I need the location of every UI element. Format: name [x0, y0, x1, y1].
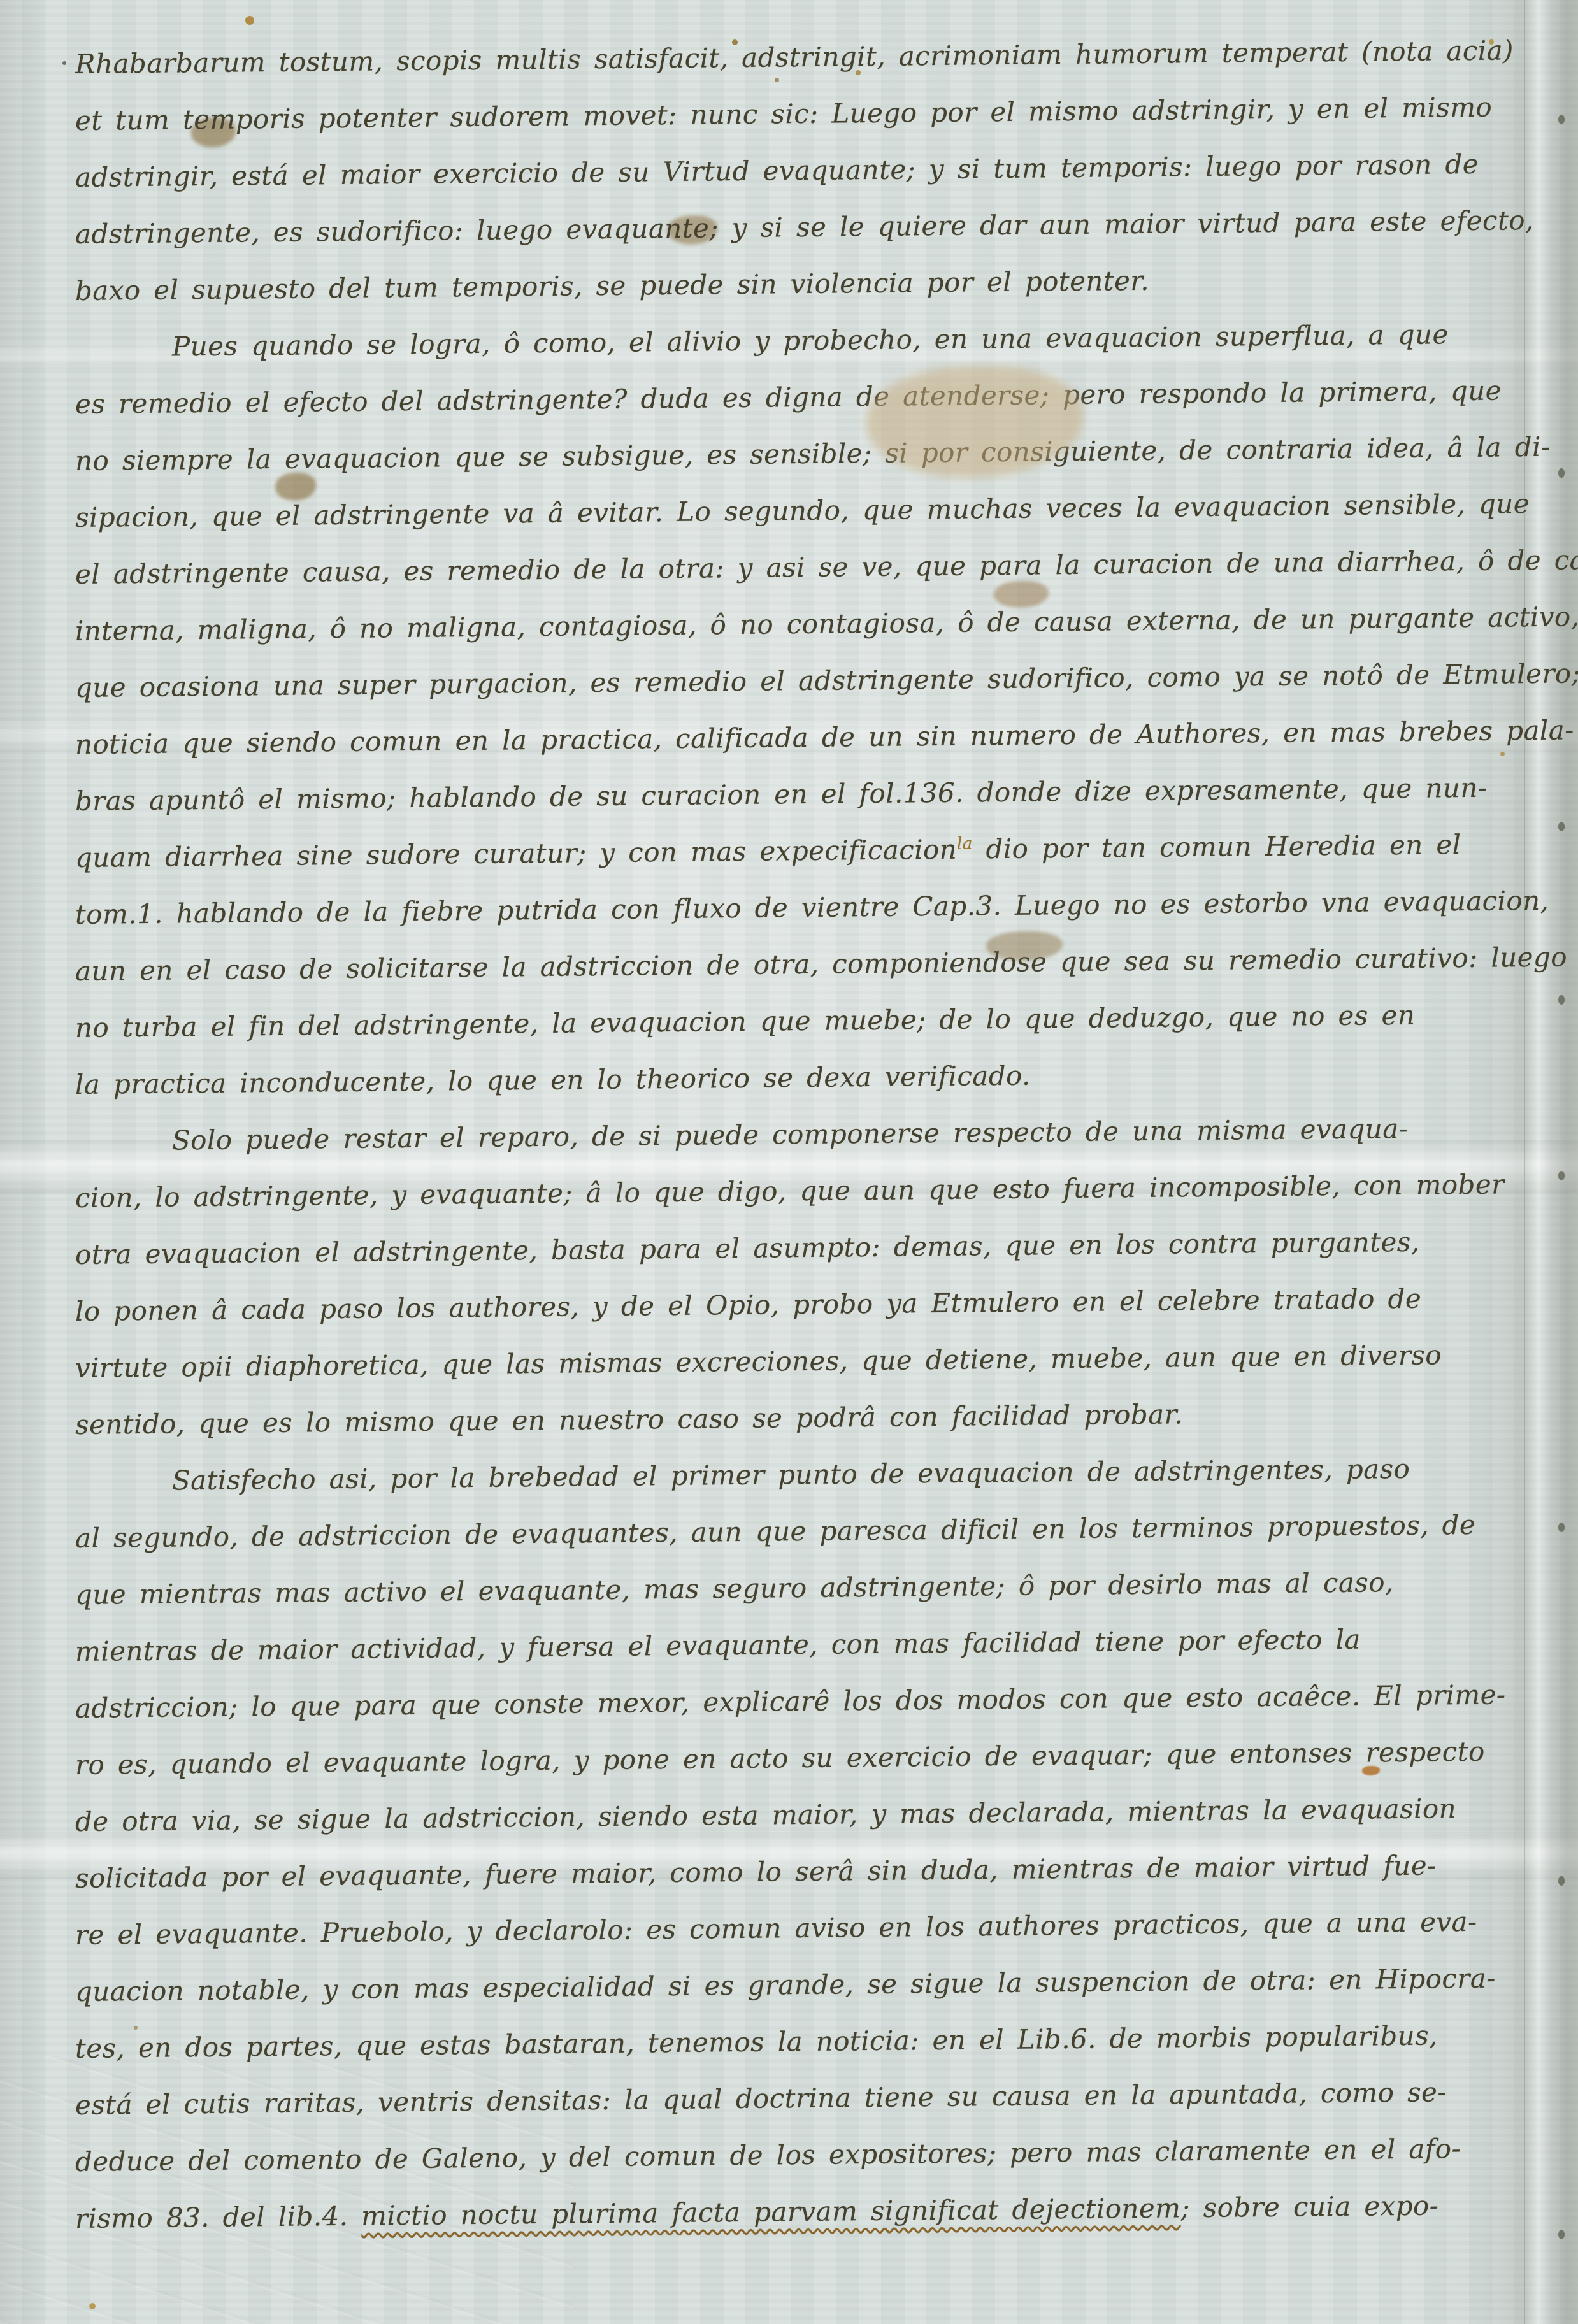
text-segment: ; y con mas expecificacion	[577, 834, 957, 869]
text-segment: otra evaquacion el adstringente, basta p…	[75, 1226, 1420, 1270]
text-segment: es remedio el efecto del adstringente? d…	[75, 375, 1502, 420]
text-segment: deduce del comento de Galeno, y del comu…	[75, 2133, 1461, 2177]
page-edge-crease	[1524, 0, 1525, 2324]
text-segment: quacion notable, y con mas especialidad …	[75, 1963, 1496, 2007]
underlined-phrase: cutis raritas	[183, 2087, 356, 2120]
text-segment: está el	[75, 2088, 184, 2121]
text-segment	[886, 41, 899, 72]
text-segment: solicitada por el evaquante, fuere maior…	[75, 1849, 1437, 1894]
text-segment: mientras de maior actividad, y fuersa el…	[75, 1624, 1361, 1667]
text-segment	[305, 103, 319, 134]
manuscript-page: Rhabarbarum tostum, scopis multis satisf…	[0, 0, 1578, 2324]
underlined-phrase: nun-	[1425, 772, 1487, 804]
underlined-phrase: ventris densitas	[378, 2084, 602, 2118]
stitch-hole	[1558, 115, 1565, 124]
text-segment: ; sobre cuia expo-	[1180, 2190, 1438, 2223]
underlined-phrase: multis satisfacit, adstringit,	[495, 41, 886, 76]
text-segment: aun en el caso de solicitarse la adstric…	[75, 942, 1567, 987]
text-segment: scopis	[383, 45, 496, 77]
text-segment: al segundo, de adstriccion de evaquantes…	[75, 1509, 1476, 1554]
stitch-hole	[1558, 1523, 1565, 1532]
text-segment: dio por tan comun Heredia en el	[973, 829, 1461, 864]
text-segment: rismo 83. del lib.4.	[75, 2200, 362, 2234]
stitch-hole	[1558, 1171, 1565, 1180]
text-segment: lo ponen â cada paso los authores, y de …	[75, 1283, 1422, 1327]
stitch-hole	[1558, 822, 1565, 831]
paper-speck	[245, 16, 254, 25]
text-segment: tes, en dos partes, que estas bastaran, …	[75, 2019, 1438, 2064]
stitch-hole	[1558, 468, 1565, 478]
underlined-phrase: tum temporis:	[993, 151, 1193, 184]
text-segment: adstringir, está el maior exercicio de s…	[75, 153, 994, 193]
underlined-phrase: quam diarrhea sine sudore curatur	[75, 837, 578, 873]
text-segment: luego por rason de	[1192, 148, 1479, 182]
text-segment: sentido, que es lo mismo que en nuestro …	[75, 1398, 1184, 1440]
stitch-hole	[1558, 2230, 1565, 2239]
text-segment: la practica inconducente, lo que en lo t…	[75, 1060, 1031, 1100]
stitch-hole	[1558, 1876, 1565, 1886]
text-segment: el adstringente causa, es remedio de la …	[75, 544, 1578, 590]
underlined-phrase: acrimoniam humorum temperat	[899, 36, 1349, 72]
paper-speck	[62, 61, 66, 65]
text-segment: noticia que siendo comun en la practica,…	[75, 714, 1574, 760]
text-segment: : nunc sic: Luego por el mismo adstringi…	[668, 92, 1492, 131]
text-segment: baxo el supuesto del tum temporis, se pu…	[75, 265, 1149, 306]
underlined-phrase: potenter sudorem movet	[318, 99, 668, 134]
text-segment: tom.1. hablando de la fiebre putrida con…	[75, 885, 1549, 930]
underlined-phrase: et tum temporis	[75, 103, 305, 136]
text-segment: no siempre la evaquacion que se subsigue…	[75, 431, 1551, 477]
handwritten-text-block: Rhabarbarum tostum, scopis multis satisf…	[75, 36, 1515, 2247]
text-segment: : la qual doctrina tiene su causa en la …	[601, 2076, 1447, 2116]
text-segment: de otra via, se sigue la adstriccion, si…	[75, 1793, 1456, 1837]
text-segment: bras apuntô el mismo; hablando de su cur…	[75, 773, 1426, 817]
text-segment: sipacion, que el adstringente va â evita…	[75, 488, 1530, 533]
text-segment: re el evaquante. Pruebolo, y declarolo: …	[75, 1906, 1477, 1951]
text-segment: adstringente, es sudorifico: luego evaqu…	[75, 204, 1534, 250]
text-segment: ,	[355, 2086, 378, 2118]
underlined-phrase: mictio noctu plurima facta parvam signif…	[361, 2192, 1181, 2231]
text-segment: Satisfecho asi, por la brebedad el prime…	[172, 1453, 1410, 1496]
text-segment: que ocasiona una super purgacion, es rem…	[75, 657, 1578, 703]
interlinear-correction: la	[957, 834, 973, 853]
text-segment: que mientras mas activo el evaquante, ma…	[75, 1567, 1394, 1610]
text-segment: virtute opii diaphoretica, que las misma…	[75, 1339, 1442, 1384]
text-segment: (nota acia)	[1348, 34, 1514, 67]
text-segment: Pues quando se logra, ô como, el alivio …	[172, 319, 1449, 362]
underlined-phrase: Rhabarbarum tostum,	[75, 45, 384, 80]
stitch-hole	[1558, 995, 1565, 1005]
text-segment: interna, maligna, ô no maligna, contagio…	[75, 601, 1578, 647]
text-segment: no turba el fin del adstringente, la eva…	[75, 1000, 1416, 1044]
text-segment: adstriccion; lo que para que conste mexo…	[75, 1679, 1506, 1724]
paper-speck	[89, 2303, 96, 2309]
text-segment: Solo puede restar el reparo, de si puede…	[172, 1113, 1409, 1156]
text-segment: cion, lo adstringente, y evaquante; â lo…	[75, 1168, 1505, 1214]
text-segment: ro es, quando el evaquante logra, y pone…	[75, 1736, 1485, 1781]
